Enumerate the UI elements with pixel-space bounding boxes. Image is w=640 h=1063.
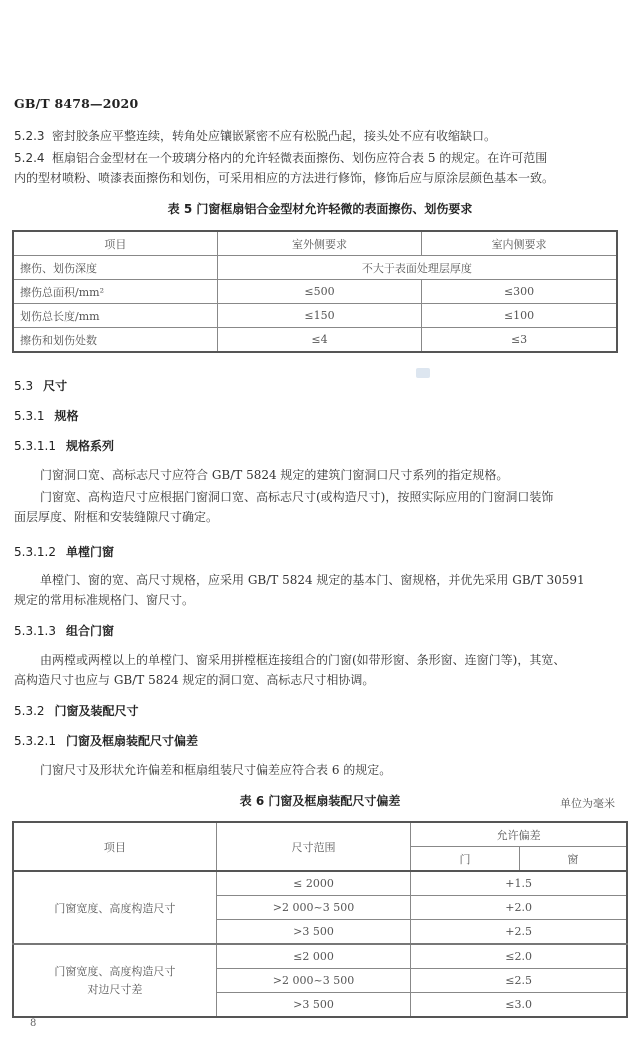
table5-outdoor: ≤150 [217,304,421,328]
section-title: 门窗及框扇装配尺寸偏差 [66,734,198,748]
section-5-3: 5.3尺寸 [14,377,67,394]
clause-text: 密封胶条应平整连续，转角处应镶嵌紧密不应有松脱凸起，接头处不应有收缩缺口。 [52,129,496,143]
table-row: 划伤总长度/mm ≤150 ≤100 [13,304,617,328]
table6-unit-note: 单位为毫米 [560,795,615,811]
table6-header-window: 窗 [519,847,627,872]
table-row: 擦伤总面积/mm² ≤500 ≤300 [13,280,617,304]
table5: 项目 室外侧要求 室内侧要求 擦伤、划伤深度 不大于表面处理层厚度 擦伤总面积/… [12,230,618,353]
clause-text-line1: 框扇铝合金型材在一个玻璃分格内的允许轻微表面擦伤、划伤应符合表 5 的规定。在许… [52,151,547,165]
table5-merged-value: 不大于表面处理层厚度 [217,256,617,280]
table-row: 擦伤和划伤处数 ≤4 ≤3 [13,328,617,353]
section-title: 门窗及装配尺寸 [55,704,139,718]
watermark-icon [416,368,430,378]
table5-item: 划伤总长度/mm [13,304,217,328]
paragraph-line: 高构造尺寸也应与 GB/T 5824 规定的洞口宽、高标志尺寸相协调。 [14,670,630,690]
paragraph-line: 面层厚度、附框和安装缝隙尺寸确定。 [14,507,630,527]
table5-item: 擦伤、划伤深度 [13,256,217,280]
table5-header-indoor: 室内侧要求 [422,231,617,256]
table5-item: 擦伤和划伤处数 [13,328,217,353]
table-row: 门窗宽度、高度构造尺寸 ≤ 2000 +1.5 [13,871,627,896]
clause-number: 5.2.4 [14,148,52,168]
section-5-3-1-3: 5.3.1.3组合门窗 [14,622,114,639]
table6-group-item-line2: 对边尺寸差 [20,981,210,999]
section-title: 组合门窗 [66,624,114,638]
table6-header-item: 项目 [13,822,216,871]
table-row: 擦伤、划伤深度 不大于表面处理层厚度 [13,256,617,280]
table5-item: 擦伤总面积/mm² [13,280,217,304]
standard-code: GB/T 8478—2020 [14,96,138,111]
table5-header-outdoor: 室外侧要求 [217,231,421,256]
table-row: 门窗宽度、高度构造尺寸 对边尺寸差 ≤2 000 ≤2.0 [13,944,627,969]
table5-indoor: ≤300 [422,280,617,304]
table6-header-row: 项目 尺寸范围 允许偏差 [13,822,627,847]
table5-header-row: 项目 室外侧要求 室内侧要求 [13,231,617,256]
clause-text-line2: 内的型材喷粉、喷漆表面擦伤和划伤，可采用相应的方法进行修饰，修饰后应与原涂层颜色… [14,168,630,188]
paragraph: 门窗洞口宽、高标志尺寸应符合 GB/T 5824 规定的建筑门窗洞口尺寸系列的指… [40,465,630,485]
paragraph: 由两樘或两樘以上的单樘门、窗采用拼樘框连接组合的门窗(如带形窗、条形窗、连窗门等… [14,650,630,690]
table5-header-item: 项目 [13,231,217,256]
paragraph-line: 规定的常用标准规格门、窗尺寸。 [14,590,630,610]
table6-value: ≤3.0 [411,993,627,1018]
table6-range: >3 500 [216,920,410,945]
clause-number: 5.2.3 [14,126,52,146]
section-title: 尺寸 [43,379,67,393]
section-5-3-2-1: 5.3.2.1门窗及框扇装配尺寸偏差 [14,732,198,749]
table5-outdoor: ≤4 [217,328,421,353]
section-number: 5.3.2 [14,704,45,718]
section-number: 5.3.1 [14,409,45,423]
section-title: 规格 [55,409,79,423]
section-number: 5.3.1.2 [14,545,56,559]
table6-range: >3 500 [216,993,410,1018]
section-number: 5.3.1.1 [14,439,56,453]
section-number: 5.3 [14,379,33,393]
paragraph-line: 单樘门、窗的宽、高尺寸规格，应采用 GB/T 5824 规定的基本门、窗规格，并… [14,570,630,590]
table6-value: +1.5 [411,871,627,896]
table6-header-tolerance: 允许偏差 [411,822,627,847]
paragraph: 门窗宽、高构造尺寸应根据门窗洞口宽、高标志尺寸(或构造尺寸)，按照实际应用的门窗… [14,487,630,527]
table6-range: ≤2 000 [216,944,410,969]
table6-header-door: 门 [411,847,520,872]
table5-title: 表 5 门窗框扇铝合金型材允许轻微的表面擦伤、划伤要求 [0,200,640,217]
paragraph: 单樘门、窗的宽、高尺寸规格，应采用 GB/T 5824 规定的基本门、窗规格，并… [14,570,630,610]
table5-indoor: ≤100 [422,304,617,328]
section-number: 5.3.1.3 [14,624,56,638]
page-number: 8 [30,1018,36,1029]
table6-title: 表 6 门窗及框扇装配尺寸偏差 [0,792,640,809]
section-5-3-2: 5.3.2门窗及装配尺寸 [14,702,139,719]
table6-range: >2 000~3 500 [216,896,410,920]
section-5-3-1: 5.3.1规格 [14,407,79,424]
section-5-3-1-2: 5.3.1.2单樘门窗 [14,543,114,560]
paragraph: 门窗尺寸及形状允许偏差和框扇组装尺寸偏差应符合表 6 的规定。 [40,760,630,780]
table6-group-item: 门窗宽度、高度构造尺寸 对边尺寸差 [13,944,216,1017]
clause-5-2-3: 5.2.3密封胶条应平整连续，转角处应镶嵌紧密不应有松脱凸起，接头处不应有收缩缺… [14,126,626,146]
table6-range: >2 000~3 500 [216,969,410,993]
table5-outdoor: ≤500 [217,280,421,304]
section-title: 单樘门窗 [66,545,114,559]
table6-value: +2.5 [411,920,627,945]
table6-value: ≤2.0 [411,944,627,969]
table6-value: ≤2.5 [411,969,627,993]
section-5-3-1-1: 5.3.1.1规格系列 [14,437,114,454]
table6-group-item: 门窗宽度、高度构造尺寸 [13,871,216,944]
section-number: 5.3.2.1 [14,734,56,748]
table6-value: +2.0 [411,896,627,920]
table6-header-range: 尺寸范围 [216,822,410,871]
table6: 项目 尺寸范围 允许偏差 门 窗 门窗宽度、高度构造尺寸 ≤ 2000 +1.5… [12,821,628,1018]
section-title: 规格系列 [66,439,114,453]
clause-5-2-4: 5.2.4框扇铝合金型材在一个玻璃分格内的允许轻微表面擦伤、划伤应符合表 5 的… [14,148,630,188]
table6-group-item-line1: 门窗宽度、高度构造尺寸 [20,963,210,981]
table5-indoor: ≤3 [422,328,617,353]
table6-range: ≤ 2000 [216,871,410,896]
paragraph-line: 由两樘或两樘以上的单樘门、窗采用拼樘框连接组合的门窗(如带形窗、条形窗、连窗门等… [14,650,630,670]
paragraph-line: 门窗宽、高构造尺寸应根据门窗洞口宽、高标志尺寸(或构造尺寸)，按照实际应用的门窗… [14,487,630,507]
